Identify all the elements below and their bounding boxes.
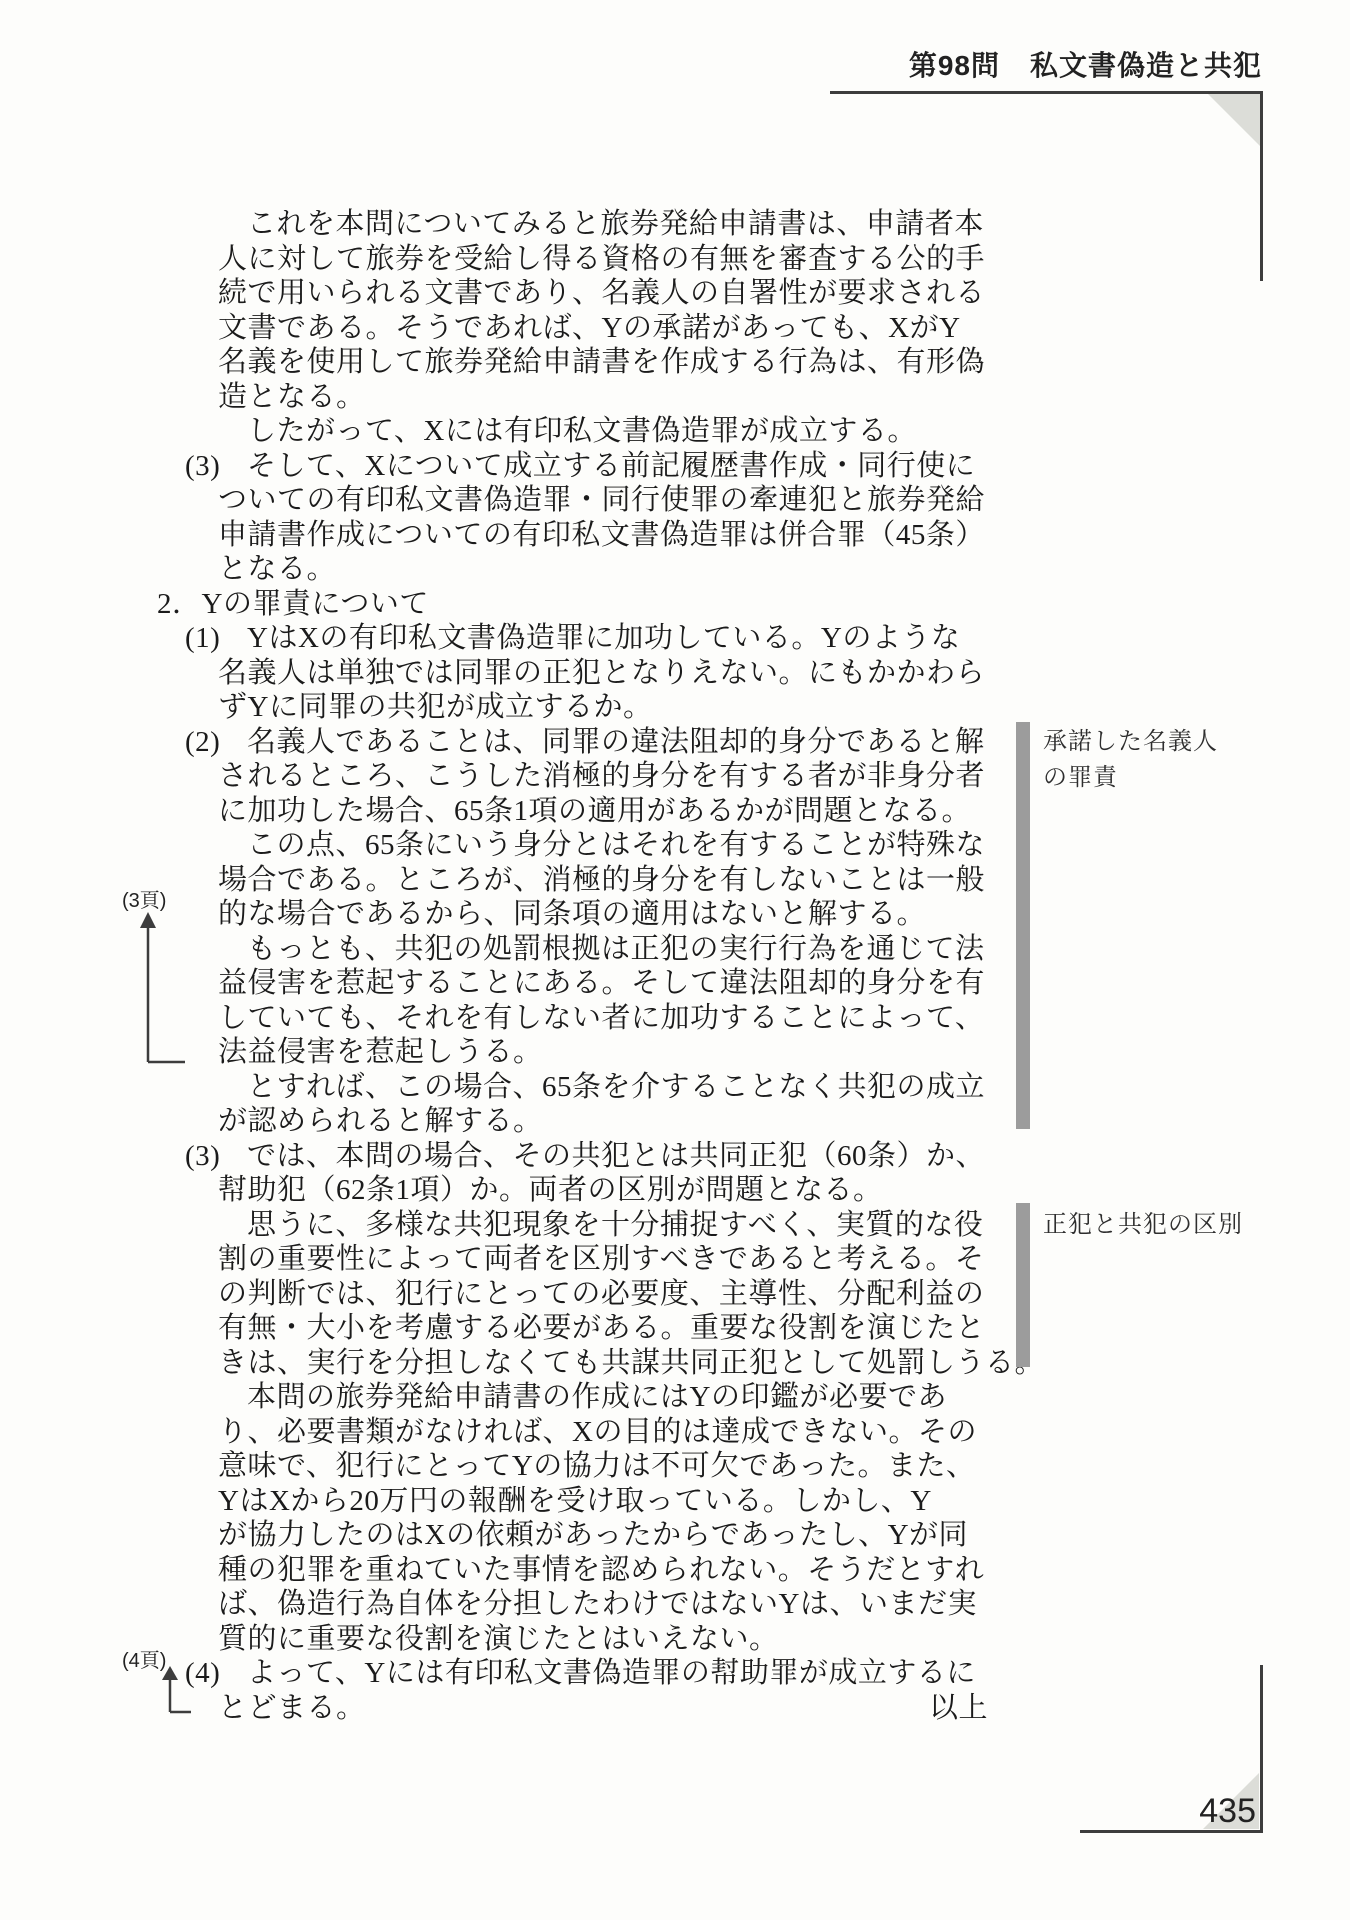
margin-note-line: 承諾した名義人 — [1043, 724, 1218, 760]
line-text: り、必要書類がなければ、Xの目的は達成できない。その — [218, 1416, 977, 1448]
text-line: (2)名義人であることは、同罪の違法阻却的身分であると解 — [185, 725, 1050, 760]
text-line: YはXから20万円の報酬を受け取っている。しかし、Y — [218, 1484, 1050, 1519]
page-marker-label: (3頁) — [122, 884, 166, 913]
text-line: に加功した場合、65条1項の適用があるかが問題となる。 — [218, 794, 1050, 829]
margin-note-bar — [1016, 1203, 1030, 1367]
line-text: 人に対して旅券を受給し得る資格の有無を審査する公的手 — [218, 243, 985, 275]
text-line: この点、65条にいう身分とはそれを有することが特殊な — [247, 828, 1050, 863]
text-line: 割の重要性によって両者を区別すべきであると考える。そ — [218, 1242, 1050, 1277]
line-text: していても、それを有しない者に加功することによって、 — [218, 1002, 984, 1034]
line-text: この点、65条にいう身分とはそれを有することが特殊な — [247, 829, 985, 861]
line-text: 意味で、犯行にとってYの協力は不可欠であった。また、 — [218, 1450, 976, 1482]
item-number: (3) — [185, 449, 247, 484]
text-line: していても、それを有しない者に加功することによって、 — [218, 1001, 1050, 1036]
line-text: 思うに、多様な共犯現象を十分捕捉すべく、実質的な役 — [247, 1209, 983, 1241]
line-text: 文書である。そうであれば、Yの承諾があっても、XがY — [218, 312, 961, 344]
line-text: 法益侵害を惹起しうる。 — [218, 1036, 543, 1068]
line-text: となる。 — [218, 553, 336, 585]
line-text: 2．Yの罪責について — [157, 588, 429, 620]
line-text: ついての有印私文書偽造罪・同行使罪の牽連犯と旅券発給 — [218, 484, 985, 516]
text-line: 意味で、犯行にとってYの協力は不可欠であった。また、 — [218, 1449, 1050, 1484]
item-number: (1) — [185, 621, 247, 656]
line-text: が認められると解する。 — [218, 1105, 543, 1137]
line-text: 割の重要性によって両者を区別すべきであると考える。そ — [218, 1243, 984, 1275]
text-line: ば、偽造行為自体を分担したわけではないYは、いまだ実 — [218, 1587, 1050, 1622]
text-line: り、必要書類がなければ、Xの目的は達成できない。その — [218, 1415, 1050, 1450]
text-line: 場合である。ところが、消極的身分を有しないことは一般 — [218, 863, 1050, 898]
text-line: 幇助犯（62条1項）か。両者の区別が問題となる。 — [218, 1173, 1050, 1208]
text-line: となる。 — [218, 552, 1050, 587]
text-line: これを本問についてみると旅券発給申請書は、申請者本 — [247, 207, 1050, 242]
line-text: 本問の旅券発給申請書の作成にはYの印鑑が必要であ — [247, 1381, 947, 1413]
text-line: 続で用いられる文書であり、名義人の自署性が要求される — [218, 276, 1050, 311]
line-text: ずYに同罪の共犯が成立するか。 — [218, 691, 652, 723]
line-text: 名義を使用して旅券発給申請書を作成する行為は、有形偽 — [218, 346, 985, 378]
book-page: 第98問私文書偽造と共犯 これを本問についてみると旅券発給申請書は、申請者本人に… — [0, 0, 1350, 1920]
text-line: (3)では、本問の場合、その共犯とは共同正犯（60条）か、 — [185, 1139, 1050, 1174]
text-line: もっとも、共犯の処罰根拠は正犯の実行行為を通じて法 — [247, 932, 1050, 967]
corner-triangle-top — [1208, 94, 1260, 146]
line-text: 種の犯罪を重ねていた事情を認められない。そうだとすれ — [218, 1554, 984, 1586]
text-line: ついての有印私文書偽造罪・同行使罪の牽連犯と旅券発給 — [218, 483, 1050, 518]
line-text: 質的に重要な役割を演じたとはいえない。 — [218, 1623, 779, 1655]
text-line: 文書である。そうであれば、Yの承諾があっても、XがY — [218, 311, 1050, 346]
text-line: 2．Yの罪責について — [157, 587, 1050, 622]
line-text: そして、Xについて成立する前記履歴書作成・同行使に — [247, 450, 975, 482]
text-line: の判断では、犯行にとっての必要度、主導性、分配利益の — [218, 1277, 1050, 1312]
text-line: (3)そして、Xについて成立する前記履歴書作成・同行使に — [185, 449, 1050, 484]
text-line: (4)よって、Yには有印私文書偽造罪の幇助罪が成立するに — [185, 1656, 1050, 1691]
line-text: では、本問の場合、その共犯とは共同正犯（60条）か、 — [247, 1140, 985, 1172]
page-number: 435 — [1100, 1792, 1256, 1831]
line-text: に加功した場合、65条1項の適用があるかが問題となる。 — [218, 795, 971, 827]
line-text: よって、Yには有印私文書偽造罪の幇助罪が成立するに — [247, 1657, 976, 1689]
line-text: 場合である。ところが、消極的身分を有しないことは一般 — [218, 864, 985, 896]
margin-note-line: 正犯と共犯の区別 — [1043, 1207, 1243, 1243]
text-line: (1)YはXの有印私文書偽造罪に加功している。Yのような — [185, 621, 1050, 656]
text-line: 本問の旅券発給申請書の作成にはYの印鑑が必要であ — [247, 1380, 1050, 1415]
line-text: 益侵害を惹起することにある。そして違法阻却的身分を有 — [218, 967, 985, 999]
line-text: 名義人であることは、同罪の違法阻却的身分であると解 — [247, 726, 985, 758]
right-border-rule-bottom — [1260, 1665, 1263, 1833]
chapter-number: 第98問 — [909, 50, 1000, 81]
line-text: これを本問についてみると旅券発給申請書は、申請者本 — [247, 208, 984, 240]
text-line: 質的に重要な役割を演じたとはいえない。 — [218, 1622, 1050, 1657]
text-line: 的な場合であるから、同条項の適用はないと解する。 — [218, 897, 1050, 932]
line-text: 幇助犯（62条1項）か。両者の区別が問題となる。 — [218, 1174, 883, 1206]
line-text: 造となる。 — [218, 381, 366, 413]
line-text: きは、実行を分担しなくても共謀共同正犯として処罰しうる。 — [218, 1347, 1044, 1379]
text-line: 造となる。 — [218, 380, 1050, 415]
page-marker-arrow-icon — [160, 1666, 196, 1716]
text-line: 名義を使用して旅券発給申請書を作成する行為は、有形偽 — [218, 345, 1050, 380]
line-text: もっとも、共犯の処罰根拠は正犯の実行行為を通じて法 — [247, 933, 985, 965]
line-text: 有無・大小を考慮する必要がある。重要な役割を演じたと — [218, 1312, 985, 1344]
line-text: YはXの有印私文書偽造罪に加功している。Yのような — [247, 622, 960, 654]
text-line: が協力したのはXの依頼があったからであったし、Yが同 — [218, 1518, 1050, 1553]
line-text: したがって、Xには有印私文書偽造罪が成立する。 — [247, 415, 917, 447]
text-line: ずYに同罪の共犯が成立するか。 — [218, 690, 1050, 725]
text-line: 名義人は単独では同罪の正犯となりえない。にもかかわら — [218, 656, 1050, 691]
text-line: 法益侵害を惹起しうる。 — [218, 1035, 1050, 1070]
line-text: 続で用いられる文書であり、名義人の自署性が要求される — [218, 277, 985, 309]
page-header: 第98問私文書偽造と共犯 — [0, 44, 1262, 84]
line-text: の判断では、犯行にとっての必要度、主導性、分配利益の — [218, 1278, 984, 1310]
margin-note-line: の罪責 — [1043, 760, 1218, 796]
text-line: が認められると解する。 — [218, 1104, 1050, 1139]
header-rule — [830, 91, 1263, 94]
margin-note: 正犯と共犯の区別 — [1043, 1207, 1243, 1243]
item-number: (3) — [185, 1139, 247, 1174]
margin-note: 承諾した名義人 の罪責 — [1043, 724, 1218, 796]
text-line: とどまる。以上 — [218, 1691, 1050, 1726]
text-line: とすれば、この場合、65条を介することなく共犯の成立 — [247, 1070, 1050, 1105]
text-line: 有無・大小を考慮する必要がある。重要な役割を演じたと — [218, 1311, 1050, 1346]
text-line: 種の犯罪を重ねていた事情を認められない。そうだとすれ — [218, 1553, 1050, 1588]
line-text: 的な場合であるから、同条項の適用はないと解する。 — [218, 898, 926, 930]
text-line: されるところ、こうした消極的身分を有する者が非身分者 — [218, 759, 1050, 794]
line-text: が協力したのはXの依頼があったからであったし、Yが同 — [218, 1519, 968, 1551]
right-border-rule-top — [1260, 91, 1263, 281]
item-number: (2) — [185, 725, 247, 760]
body-text: これを本問についてみると旅券発給申請書は、申請者本人に対して旅券を受給し得る資格… — [150, 207, 1050, 1725]
line-text: 名義人は単独では同罪の正犯となりえない。にもかかわら — [218, 657, 985, 689]
text-line: 人に対して旅券を受給し得る資格の有無を審査する公的手 — [218, 242, 1050, 277]
line-text: YはXから20万円の報酬を受け取っている。しかし、Y — [218, 1485, 932, 1517]
text-line: したがって、Xには有印私文書偽造罪が成立する。 — [247, 414, 1050, 449]
text-line: 申請書作成についての有印私文書偽造罪は併合罪（45条） — [218, 518, 1050, 553]
line-text: 申請書作成についての有印私文書偽造罪は併合罪（45条） — [218, 519, 985, 551]
line-text: されるところ、こうした消極的身分を有する者が非身分者 — [218, 760, 985, 792]
margin-note-bar — [1016, 722, 1030, 1129]
line-text: ば、偽造行為自体を分担したわけではないYは、いまだ実 — [218, 1588, 977, 1620]
text-line: 思うに、多様な共犯現象を十分捕捉すべく、実質的な役 — [247, 1208, 1050, 1243]
line-text: とすれば、この場合、65条を介することなく共犯の成立 — [247, 1071, 985, 1103]
chapter-title: 私文書偽造と共犯 — [1030, 50, 1262, 81]
closing-mark: 以上 — [218, 1691, 988, 1726]
page-marker-arrow-icon — [138, 912, 190, 1072]
text-line: きは、実行を分担しなくても共謀共同正犯として処罰しうる。 — [218, 1346, 1050, 1381]
text-line: 益侵害を惹起することにある。そして違法阻却的身分を有 — [218, 966, 1050, 1001]
